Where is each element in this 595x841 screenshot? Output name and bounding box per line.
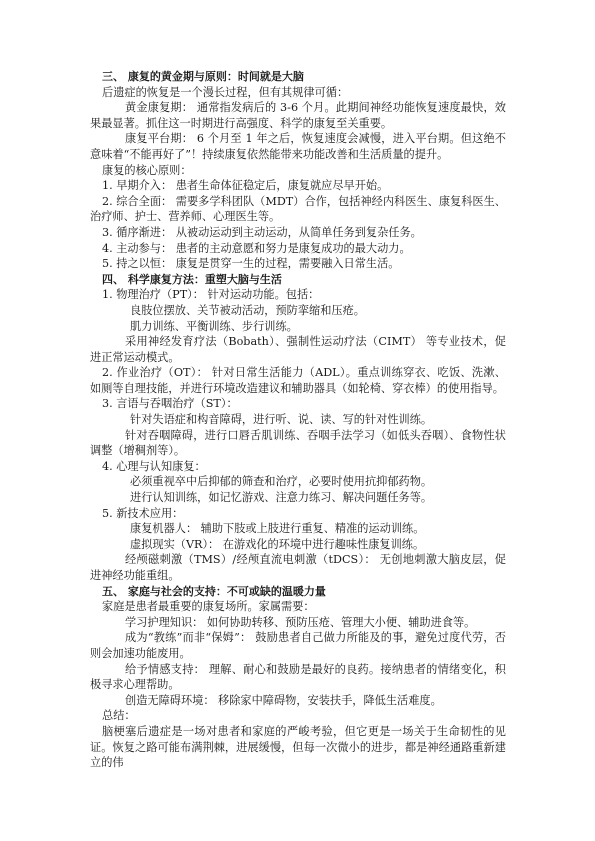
sub-item: 给予情感支持： 理解、耐心和鼓励是最好的良药。接纳患者的情绪变化，积极寻求心理帮… bbox=[90, 662, 506, 693]
section-heading-3: 三、 康复的黄金期与原则：时间就是大脑 bbox=[90, 69, 506, 85]
paragraph-golden-period: 黄金康复期： 通常指发病后的 3-6 个月。此期间神经功能恢复速度最快，效果最显… bbox=[90, 100, 506, 131]
sub-item: 采用神经发育疗法（Bobath）、强制性运动疗法（CIMT） 等专业技术，促进正… bbox=[90, 334, 506, 365]
section-heading-4: 四、 科学康复方法：重塑大脑与生活 bbox=[90, 272, 506, 288]
list-item: 3. 循序渐进： 从被动运动到主动运动，从简单任务到复杂任务。 bbox=[90, 225, 506, 241]
list-item: 3. 言语与吞咽治疗（ST）： bbox=[90, 396, 506, 412]
sub-item: 成为“教练”而非“保姆”： 鼓励患者自己做力所能及的事，避免过度代劳，否则会加速… bbox=[90, 630, 506, 661]
sub-item: 学习护理知识： 如何协助转移、预防压疮、管理大小便、辅助进食等。 bbox=[90, 615, 506, 631]
sub-item: 进行认知训练，如记忆游戏、注意力练习、解决问题任务等。 bbox=[90, 490, 506, 506]
sub-item: 针对失语症和构音障碍，进行听、说、读、写的针对性训练。 bbox=[90, 412, 506, 428]
document-page: 三、 康复的黄金期与原则：时间就是大脑 后遗症的恢复是一个漫长过程，但有其规律可… bbox=[90, 69, 506, 771]
list-item: 1. 物理治疗（PT）： 针对运动功能。包括： bbox=[90, 287, 506, 303]
list-item: 5. 持之以恒： 康复是贯穿一生的过程，需要融入日常生活。 bbox=[90, 256, 506, 272]
paragraph: 家庭是患者最重要的康复场所。家属需要： bbox=[90, 599, 506, 615]
list-item: 5. 新技术应用： bbox=[90, 506, 506, 522]
principles-title: 康复的核心原则： bbox=[90, 163, 506, 179]
list-item: 2. 作业治疗（OT）： 针对日常生活能力（ADL）。重点训练穿衣、吃饭、洗漱、… bbox=[90, 365, 506, 396]
sub-item: 良肢位摆放、关节被动活动，预防挛缩和压疮。 bbox=[90, 303, 506, 319]
sub-item: 必须重视卒中后抑郁的筛查和治疗，必要时使用抗抑郁药物。 bbox=[90, 474, 506, 490]
sub-item: 经颅磁刺激（TMS）/经颅直流电刺激（tDCS）： 无创地刺激大脑皮层，促进神经… bbox=[90, 552, 506, 583]
summary-paragraph: 脑梗塞后遗症是一场对患者和家庭的严峻考验，但它更是一场关于生命韧性的见证。恢复之… bbox=[90, 724, 506, 771]
list-item: 2. 综合全面： 需要多学科团队（MDT）合作，包括神经内科医生、康复科医生、治… bbox=[90, 194, 506, 225]
list-item: 1. 早期介入： 患者生命体征稳定后，康复就应尽早开始。 bbox=[90, 178, 506, 194]
paragraph: 后遗症的恢复是一个漫长过程，但有其规律可循： bbox=[90, 85, 506, 101]
sub-item: 针对吞咽障碍，进行口唇舌肌训练、吞咽手法学习（如低头吞咽）、食物性状调整（增稠剂… bbox=[90, 428, 506, 459]
list-item: 4. 主动参与： 患者的主动意愿和努力是康复成功的最大动力。 bbox=[90, 241, 506, 257]
sub-item: 康复机器人： 辅助下肢或上肢进行重复、精准的运动训练。 bbox=[90, 521, 506, 537]
paragraph-plateau-period: 康复平台期： 6 个月至 1 年之后，恢复速度会减慢，进入平台期。但这绝不意味着… bbox=[90, 131, 506, 162]
sub-item: 创造无障碍环境： 移除家中障碍物，安装扶手，降低生活难度。 bbox=[90, 693, 506, 709]
sub-item: 虚拟现实（VR）： 在游戏化的环境中进行趣味性康复训练。 bbox=[90, 537, 506, 553]
list-item: 4. 心理与认知康复： bbox=[90, 459, 506, 475]
sub-item: 肌力训练、平衡训练、步行训练。 bbox=[90, 319, 506, 335]
section-heading-5: 五、 家庭与社会的支持：不可或缺的温暖力量 bbox=[90, 584, 506, 600]
summary-title: 总结： bbox=[90, 708, 506, 724]
